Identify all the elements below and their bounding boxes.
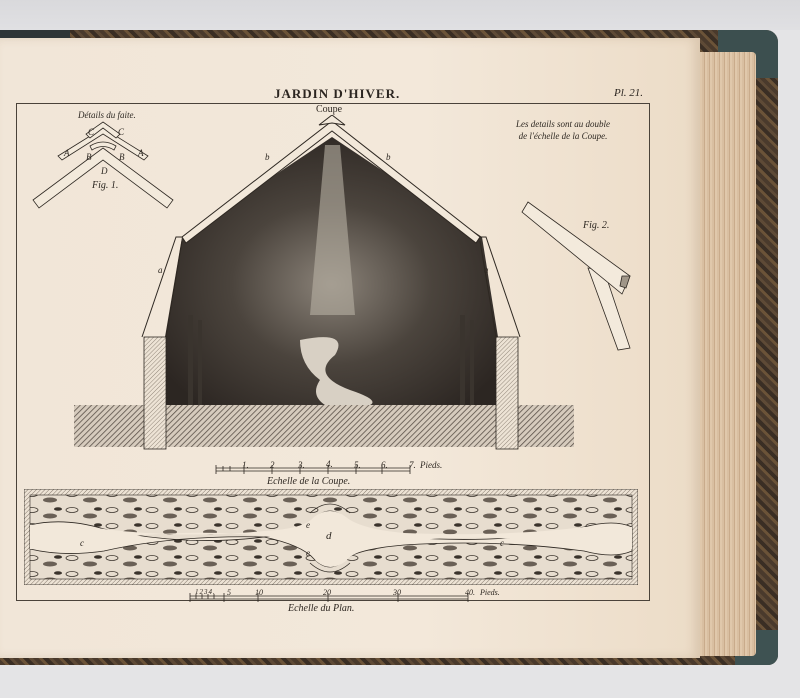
- section-scale-tick-1: 1.: [242, 460, 249, 470]
- eave-detail-figure: [518, 198, 638, 353]
- ridge-label-a-left: A: [64, 148, 70, 158]
- plate-title: JARDIN D'HIVER.: [274, 86, 400, 102]
- plan-label-path-left: c: [80, 538, 84, 548]
- plan-scale-unit: Pieds.: [480, 588, 500, 597]
- plan-scale-caption: Echelle du Plan.: [288, 603, 354, 614]
- plan-scale-small-ticks: 1234.: [195, 588, 216, 596]
- plan-scale-tick-10: 10: [255, 588, 263, 597]
- section-scale-tick-5: 5.: [354, 460, 361, 470]
- fig2-label: Fig. 2.: [583, 220, 609, 231]
- plan-scale-tick-20: 20: [323, 588, 331, 597]
- background: [0, 0, 800, 30]
- section-label: Coupe: [316, 104, 342, 115]
- plan-label-center: d: [326, 530, 332, 542]
- greenhouse-section: [70, 115, 580, 455]
- plate-number: Pl. 21.: [614, 87, 643, 99]
- plan-label-circle-bottom: e: [306, 548, 310, 558]
- section-scale-caption: Echelle de la Coupe.: [267, 476, 350, 487]
- section-scale-tick-7: 7.: [409, 460, 416, 470]
- section-scale-tick-6: 6.: [381, 460, 388, 470]
- section-scale-tick-3: 3.: [298, 460, 305, 470]
- plan-scale-tick-30: 30: [393, 588, 401, 597]
- plan-scale-tick-5: 5: [227, 588, 231, 597]
- roof-label-left: b: [265, 152, 270, 162]
- plan-label-path-right: c: [500, 538, 504, 548]
- roof-label-right: b: [386, 152, 391, 162]
- page-edges: [692, 52, 756, 656]
- plan-scale-tick-4: 4.: [209, 588, 216, 596]
- plan-scale-tick-40: 40.: [465, 588, 475, 597]
- section-scale-tick-4: 4.: [326, 459, 333, 469]
- plan-label-circle-top: e: [306, 520, 310, 530]
- wall-label-left: a: [158, 265, 163, 275]
- section-scale-unit: Pieds.: [420, 460, 442, 470]
- wall-label-right: a: [484, 265, 489, 275]
- section-scale-tick-2: 2: [270, 460, 275, 470]
